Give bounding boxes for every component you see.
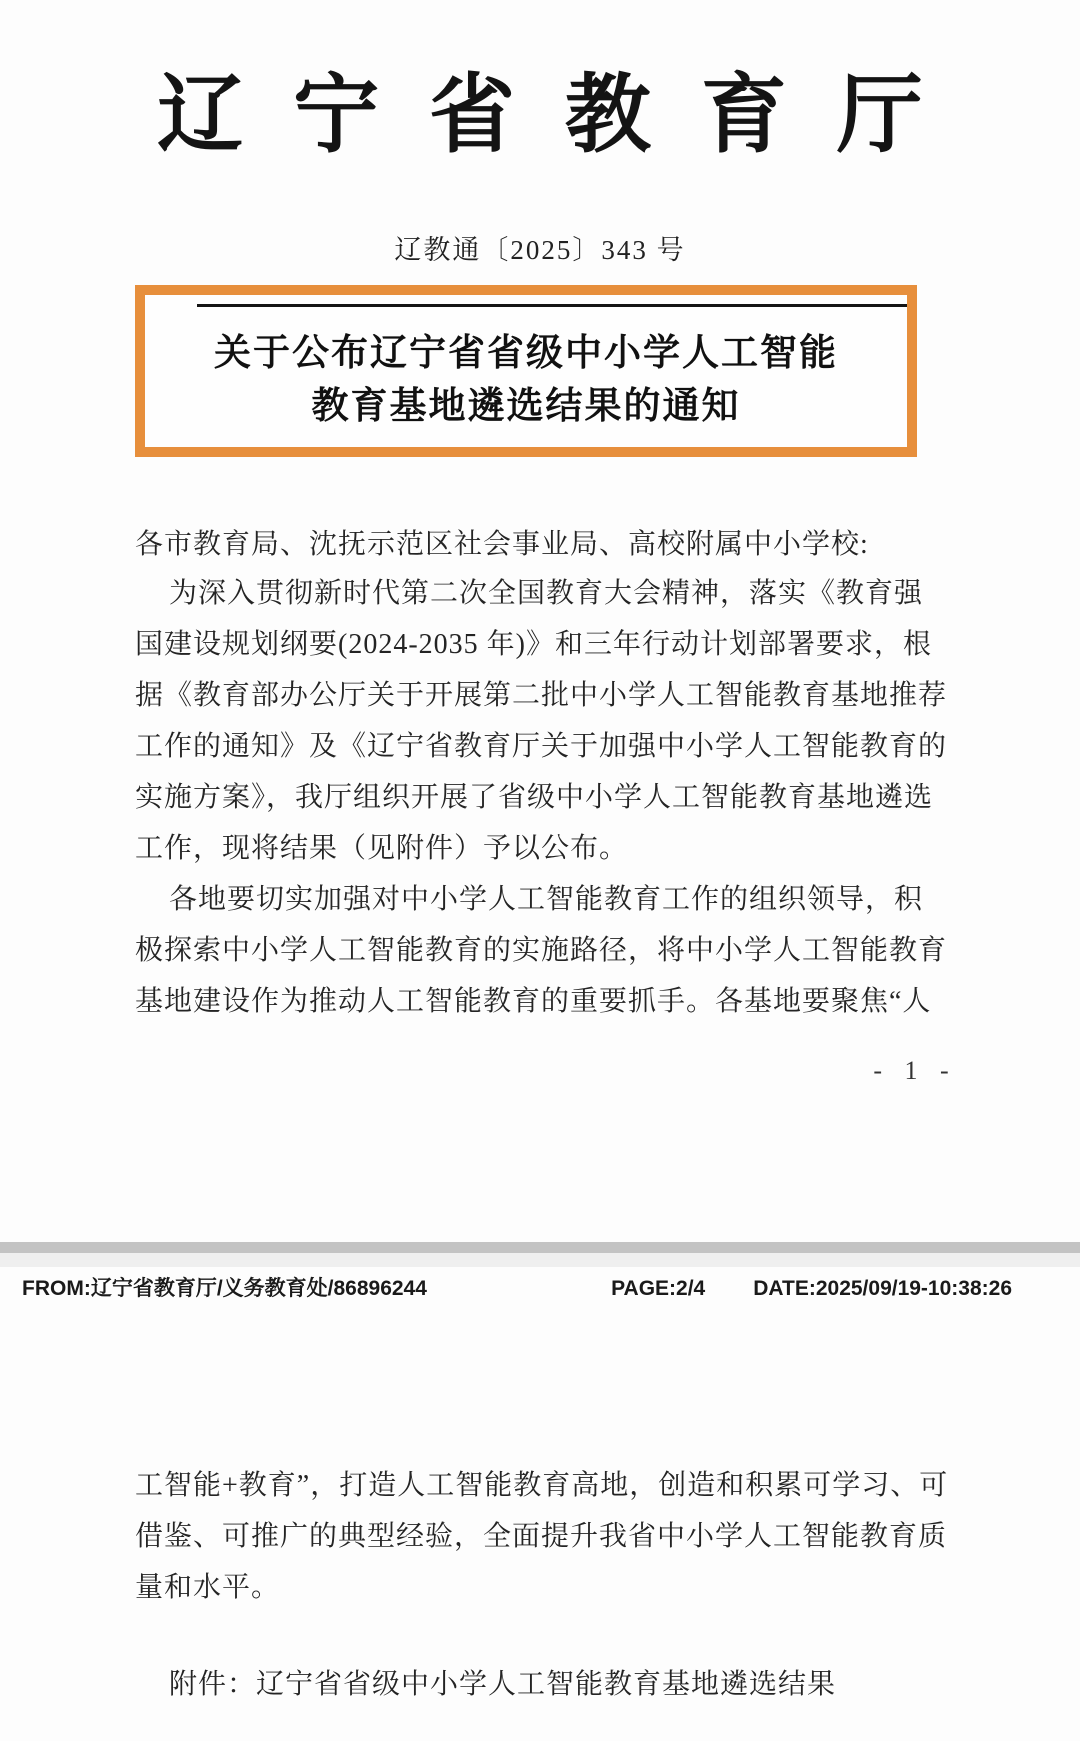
- salutation-line: 各市教育局、沈抚示范区社会事业局、高校附属中小学校:: [135, 522, 965, 562]
- title-box-top-rule: [197, 304, 907, 307]
- fax-date-time: DATE:2025/09/19-10:38:26: [753, 1277, 1012, 1301]
- fax-from: FROM:辽宁省教育厅/义务教育处/86896244: [22, 1272, 427, 1302]
- fax-divider-substrip: [0, 1253, 1080, 1267]
- scanned-document-page: 辽宁省教育厅 辽教通〔2025〕343 号 关于公布辽宁省省级中小学人工智能 教…: [0, 0, 1080, 1741]
- notice-title-line2: 教育基地遴选结果的通知: [145, 380, 907, 433]
- attachment-reference-line: 附件：辽宁省省级中小学人工智能教育基地遴选结果: [135, 1662, 975, 1702]
- body-line: 据《教育部办公厅关于开展第二批中小学人工智能教育基地推荐: [135, 670, 965, 721]
- body-line: 基地建设作为推动人工智能教育的重要抓手。各基地要聚焦“人: [135, 976, 965, 1027]
- page2-paragraphs: 工智能+教育”，打造人工智能教育高地，创造和积累可学习、可 借鉴、可推广的典型经…: [135, 1460, 975, 1613]
- body-paragraphs: 为深入贯彻新时代第二次全国教育大会精神，落实《教育强 国建设规划纲要(2024-…: [135, 568, 965, 1027]
- body-line: 极探索中小学人工智能教育的实施路径，将中小学人工智能教育: [135, 925, 965, 976]
- body-line: 工作的通知》及《辽宁省教育厅关于加强中小学人工智能教育的: [135, 721, 965, 772]
- document-number: 辽教通〔2025〕343 号: [0, 228, 1080, 267]
- fax-header-row: FROM:辽宁省教育厅/义务教育处/86896244 PAGE:2/4 DATE…: [22, 1272, 1012, 1302]
- page2-line: 工智能+教育”，打造人工智能教育高地，创造和积累可学习、可: [135, 1460, 975, 1511]
- body-line: 国建设规划纲要(2024-2035 年)》和三年行动计划部署要求，根: [135, 619, 965, 670]
- title-highlight-box: 关于公布辽宁省省级中小学人工智能 教育基地遴选结果的通知: [135, 285, 917, 457]
- fax-divider-bar: [0, 1242, 1080, 1253]
- body-line: 实施方案》，我厅组织开展了省级中小学人工智能教育基地遴选: [135, 772, 965, 823]
- notice-title-line1: 关于公布辽宁省省级中小学人工智能: [145, 327, 907, 380]
- body-line: 各地要切实加强对中小学人工智能教育工作的组织领导，积: [135, 874, 965, 925]
- page-number: - 1 -: [855, 1056, 975, 1086]
- fax-page-count: PAGE:2/4: [611, 1277, 705, 1301]
- page2-line: 量和水平。: [135, 1562, 975, 1613]
- page2-line: 借鉴、可推广的典型经验，全面提升我省中小学人工智能教育质: [135, 1511, 975, 1562]
- body-line: 工作，现将结果（见附件）予以公布。: [135, 823, 965, 874]
- body-line: 为深入贯彻新时代第二次全国教育大会精神，落实《教育强: [135, 568, 965, 619]
- fax-meta: PAGE:2/4 DATE:2025/09/19-10:38:26: [611, 1277, 1012, 1301]
- notice-title: 关于公布辽宁省省级中小学人工智能 教育基地遴选结果的通知: [145, 327, 907, 433]
- letterhead-title: 辽宁省教育厅: [0, 62, 1080, 170]
